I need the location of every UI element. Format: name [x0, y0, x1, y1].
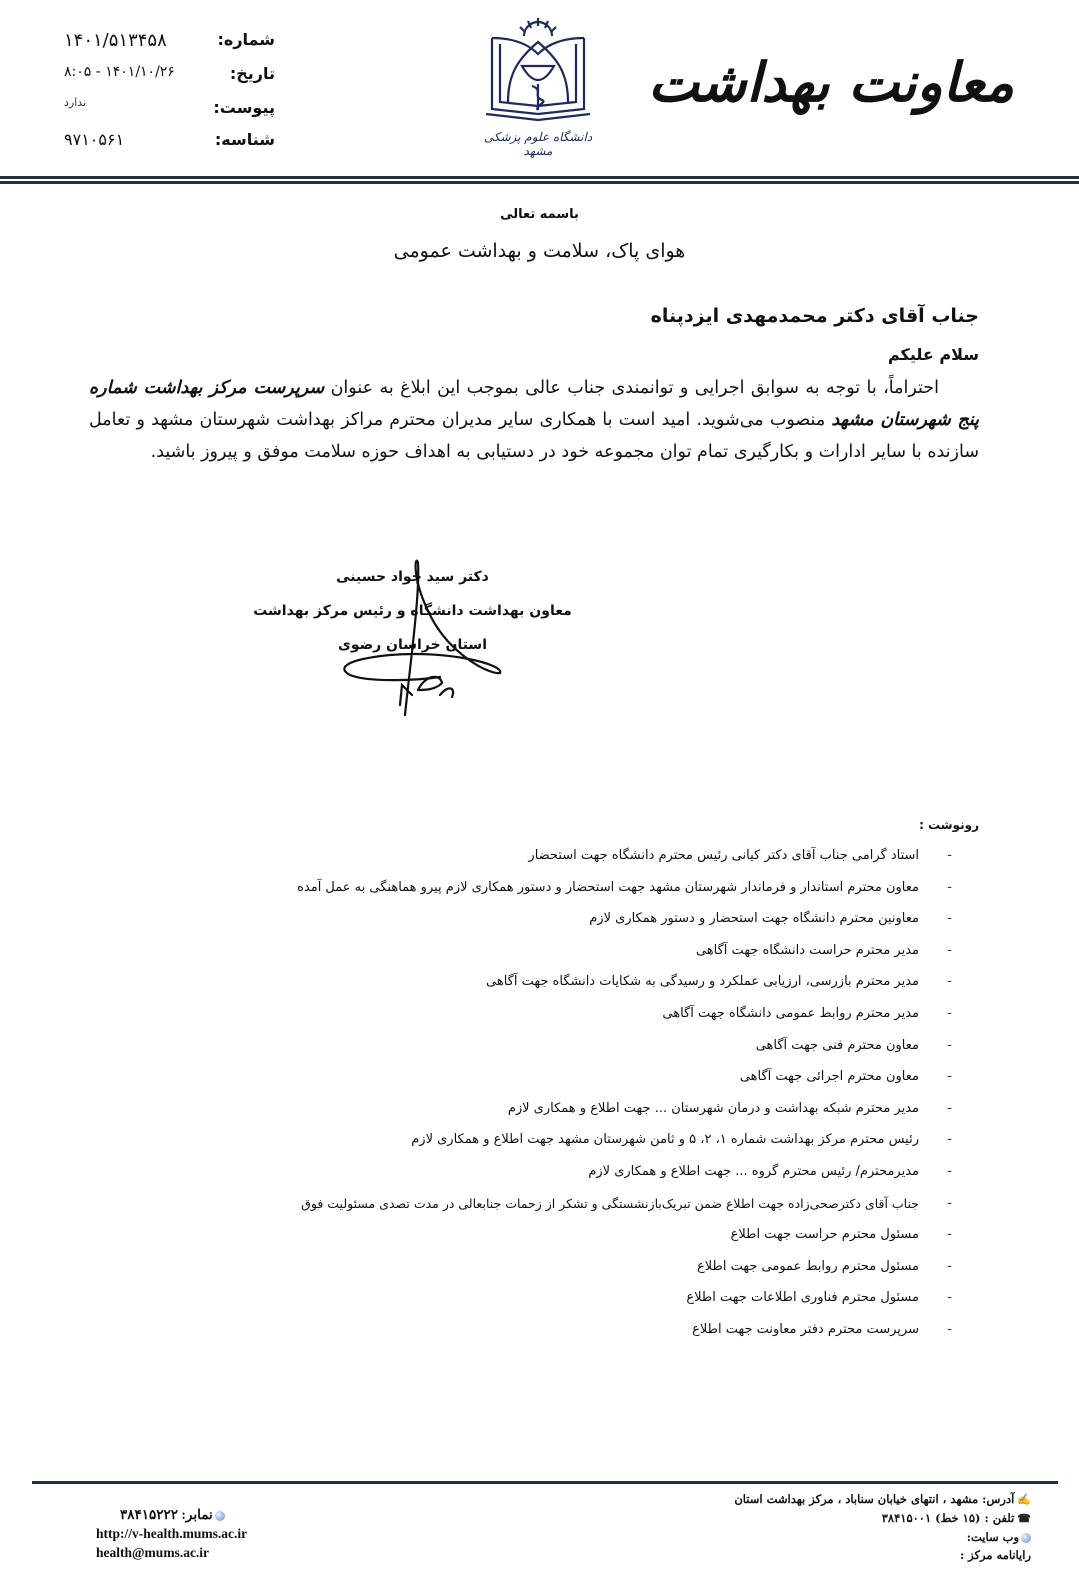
meta-attachment-label: پیوست:: [213, 98, 275, 117]
header-rule-bottom: [0, 181, 1079, 184]
cc-item: -معاون محترم استاندار و فرماندار شهرستان…: [99, 872, 919, 904]
footer-links: نمابر: ۳۸۴۱۵۲۲۲ http://v-health.mums.ac.…: [96, 1505, 356, 1562]
dash-icon: -: [947, 840, 952, 872]
logo-caption: دانشگاه علوم پزشکی مشهد: [478, 130, 598, 158]
signature-block: دکتر سید جواد حسینی معاون بهداشت دانشگاه…: [240, 560, 585, 662]
footer-contact: ✍آدرس: مشهد ، انتهای خیابان سناباد ، مرک…: [671, 1490, 1031, 1564]
dash-icon: -: [947, 1282, 952, 1314]
cc-item: -استاد گرامی جناب آقای دکتر کیانی رئیس م…: [99, 840, 919, 872]
university-logo: دانشگاه علوم پزشکی مشهد: [478, 14, 598, 154]
meta-number-value: ۱۴۰۱/۵۱۳۴۵۸: [64, 30, 167, 51]
cc-item: -مدیرمحترم/ رئیس محترم گروه ... جهت اطلا…: [99, 1156, 919, 1188]
greeting: سلام علیکم: [89, 345, 979, 364]
website-link[interactable]: http://v-health.mums.ac.ir: [96, 1524, 356, 1543]
meta-number-label: شماره:: [217, 30, 275, 49]
dash-icon: -: [947, 935, 952, 967]
dash-icon: -: [947, 1314, 952, 1346]
meta-attachment: پیوست: ندارد: [60, 96, 275, 124]
cc-item: -معاون محترم فنی جهت آگاهی: [99, 1030, 919, 1062]
dash-icon: -: [947, 1124, 952, 1156]
cc-item: -مدیر محترم روابط عمومی دانشگاه جهت آگاه…: [99, 998, 919, 1030]
dash-icon: -: [947, 1251, 952, 1283]
cc-item: -مدیر محترم شبکه بهداشت و درمان شهرستان …: [99, 1093, 919, 1125]
footer-fax: نمابر: ۳۸۴۱۵۲۲۲: [96, 1505, 356, 1524]
cc-item: -مسئول محترم حراست جهت اطلاع: [99, 1219, 919, 1251]
body-part-1: احتراماً، با توجه به سوابق اجرایی و توان…: [324, 378, 939, 398]
cc-item: -مسئول محترم روابط عمومی جهت اطلاع: [99, 1251, 919, 1283]
dash-icon: -: [947, 1030, 952, 1062]
meta-date-value: ۱۴۰۱/۱۰/۲۶ - ۸:۰۵: [64, 64, 175, 80]
meta-attachment-value: ندارد: [64, 96, 86, 109]
cc-item: -معاونین محترم دانشگاه جهت استحضار و دست…: [99, 903, 919, 935]
dash-icon: -: [947, 1093, 952, 1125]
cc-item: -رئیس محترم مرکز بهداشت شماره ۱، ۲، ۵ و …: [99, 1124, 919, 1156]
brand-title: معاونت بهداشت: [648, 50, 1014, 114]
footer-email-label: رایانامه مرکز :: [671, 1546, 1031, 1564]
telephone-icon: ☎: [1017, 1510, 1031, 1528]
letter-body: احتراماً، با توجه به سوابق اجرایی و توان…: [89, 372, 979, 468]
signatory-name: دکتر سید جواد حسینی: [240, 560, 585, 594]
footer-rule: [32, 1481, 1058, 1484]
footer-phone: ☎تلفن : (۱۵ خط) ۳۸۴۱۵۰۰۱: [671, 1509, 1031, 1528]
dash-icon: -: [947, 1156, 952, 1188]
signatory-province: استان خراسان رضوی: [240, 628, 585, 662]
globe-icon: [1021, 1533, 1031, 1543]
dash-icon: -: [947, 966, 952, 998]
university-emblem-icon: [478, 14, 598, 132]
footer-website-label: وب سایت:: [671, 1528, 1031, 1546]
dash-icon: -: [947, 1219, 952, 1251]
slogan: هوای پاک، سلامت و بهداشت عمومی: [0, 240, 1079, 262]
dash-icon: -: [947, 1188, 952, 1220]
cc-title: رونوشت :: [919, 818, 979, 832]
dash-icon: -: [947, 903, 952, 935]
header-rule-top: [0, 176, 1079, 179]
meta-id: شناسه: ۹۷۱۰۵۶۱: [60, 130, 275, 158]
signatory-title: معاون بهداشت دانشگاه و رئیس مرکز بهداشت: [240, 594, 585, 628]
meta-id-value: ۹۷۱۰۵۶۱: [64, 130, 124, 149]
addressee: جناب آقای دکتر محمدمهدی ایزدپناه: [89, 305, 979, 327]
dash-icon: -: [947, 1061, 952, 1093]
pen-icon: ✍: [1017, 1491, 1031, 1509]
email-link[interactable]: health@mums.ac.ir: [96, 1543, 356, 1562]
dash-icon: -: [947, 998, 952, 1030]
cc-item: -جناب آقای دکترصحی‌زاده جهت اطلاع ضمن تب…: [99, 1188, 919, 1220]
fax-icon: [215, 1511, 225, 1521]
cc-item: -مسئول محترم فناوری اطلاعات جهت اطلاع: [99, 1282, 919, 1314]
meta-number: شماره: ۱۴۰۱/۵۱۳۴۵۸: [60, 30, 275, 58]
meta-id-label: شناسه:: [215, 130, 275, 149]
meta-date-label: تاریخ:: [230, 64, 275, 83]
bismillah: باسمه تعالی: [0, 207, 1079, 222]
footer-address: ✍آدرس: مشهد ، انتهای خیابان سناباد ، مرک…: [671, 1490, 1031, 1509]
meta-date: تاریخ: ۱۴۰۱/۱۰/۲۶ - ۸:۰۵: [60, 64, 275, 92]
cc-item: -مدیر محترم حراست دانشگاه جهت آگاهی: [99, 935, 919, 967]
cc-list: -استاد گرامی جناب آقای دکتر کیانی رئیس م…: [99, 840, 919, 1346]
cc-item: -معاون محترم اجرائی جهت آگاهی: [99, 1061, 919, 1093]
dash-icon: -: [947, 872, 952, 904]
cc-item: -سرپرست محترم دفتر معاونت جهت اطلاع: [99, 1314, 919, 1346]
cc-item: -مدیر محترم بازرسی، ارزیابی عملکرد و رسی…: [99, 966, 919, 998]
